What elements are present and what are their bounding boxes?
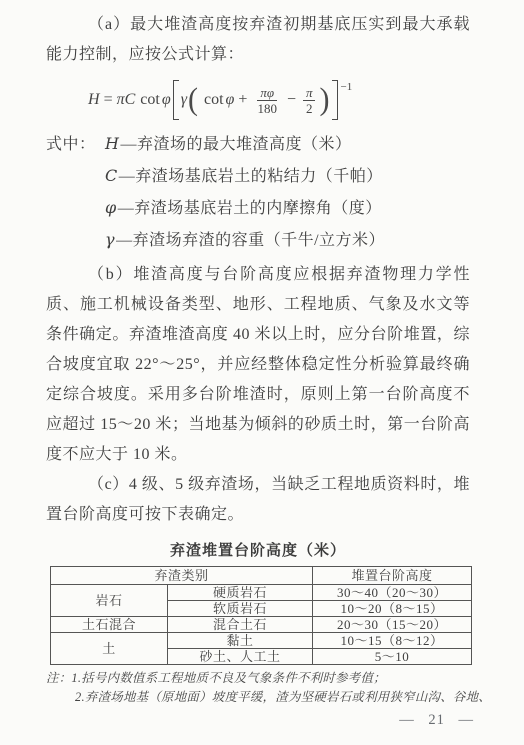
table-row: 土石混合 混合土石 20～30（15～20） (51, 617, 472, 633)
table-row: 土 黏土 10～15（8～12） (51, 633, 472, 649)
variable-line-c: C—弃渣场基底岩土的粘结力（千帕） (105, 160, 470, 192)
fraction-pi-phi-180: πφ 180 (254, 85, 280, 116)
cell-group-rock: 岩石 (51, 585, 168, 617)
var-symbol-h: H (105, 134, 119, 153)
variable-line-phi: φ—弃渣场基底岩土的内摩擦角（度） (105, 192, 470, 224)
variable-definitions: 式中：H—弃渣场的最大堆渣高度（米） C—弃渣场基底岩土的粘结力（千帕） φ—弃… (46, 128, 470, 256)
right-paren: ) (319, 84, 329, 116)
var-desc-gamma: —弃渣场弃渣的容重（千牛/立方米） (116, 232, 385, 249)
cell-height-clay: 10～15（8～12） (313, 633, 472, 649)
variable-line-h: 式中：H—弃渣场的最大堆渣高度（米） (46, 128, 470, 160)
var-symbol-c: C (105, 166, 118, 185)
cell-group-mixed: 土石混合 (51, 617, 168, 633)
formula-cot: cot (140, 91, 160, 109)
cell-height-mixed: 20～30（15～20） (313, 617, 472, 633)
left-paren: ( (188, 84, 198, 116)
formula-lhs: H (88, 91, 100, 109)
cell-height-hard-rock: 30～40（20～30） (313, 585, 472, 601)
cell-sub-sand: 砂土、人工土 (168, 649, 313, 665)
note-label: 注： (46, 671, 71, 685)
var-desc-c: —弃渣场基底岩土的粘结力（千帕） (119, 168, 383, 185)
note-line-2: 2.弃渣场地基（原地面）坡度平缓，渣为坚硬岩石或利用狭窄山沟、谷地、 (75, 688, 470, 707)
var-desc-phi: —弃渣场基底岩土的内摩擦角（度） (118, 200, 382, 217)
formula-exponent: −1 (340, 81, 352, 93)
cell-sub-mixed: 混合土石 (168, 617, 313, 633)
formula-phi-2: φ (226, 91, 235, 109)
document-page: （a）最大堆渣高度按弃渣初期基底压实到最大承载能力控制，应按公式计算： H = … (0, 0, 524, 745)
var-desc-h: —弃渣场的最大堆渣高度（米） (120, 136, 351, 153)
var-symbol-phi: φ (105, 198, 117, 217)
formula-plus: + (238, 91, 247, 109)
cell-height-sand: 5～10 (313, 649, 472, 665)
formula-phi: φ (162, 91, 171, 109)
table-header-row: 弃渣类别 堆置台阶高度 (51, 567, 472, 585)
cell-height-soft-rock: 10～20（8～15） (313, 601, 472, 617)
formula: H = πC cot φ γ ( cot φ + πφ 180 − π 2 ) … (88, 77, 470, 123)
step-height-table: 弃渣类别 堆置台阶高度 岩石 硬质岩石 30～40（20～30） 软质岩石 10… (50, 566, 472, 665)
variable-line-gamma: γ—弃渣场弃渣的容重（千牛/立方米） (105, 224, 470, 256)
header-height: 堆置台阶高度 (313, 567, 472, 585)
note-line-1: 注：1.括号内数值系工程地质不良及气象条件不利时参考值； (46, 669, 470, 688)
cell-group-soil: 土 (51, 633, 168, 665)
formula-coefficient: πC (117, 91, 136, 109)
paragraph-b: （b）堆渣高度与台阶高度应根据弃渣物理力学性质、施工机械设备类型、地形、工程地质… (46, 260, 470, 470)
right-square-bracket (332, 80, 338, 120)
cell-sub-hard-rock: 硬质岩石 (168, 585, 313, 601)
formula-minus: − (287, 91, 296, 109)
page-number: — 21 — (399, 712, 474, 729)
formula-equals: = (104, 91, 113, 109)
fraction-pi-2: π 2 (303, 85, 316, 116)
var-symbol-gamma: γ (105, 230, 115, 249)
table-row: 岩石 硬质岩石 30～40（20～30） (51, 585, 472, 601)
left-square-bracket (173, 80, 179, 120)
note-2-text: 2.弃渣场地基（原地面）坡度平缓，渣为坚硬岩石或利用狭窄山沟、谷地、 (75, 690, 491, 704)
note-1-text: 1.括号内数值系工程地质不良及气象条件不利时参考值； (71, 671, 385, 685)
table-notes: 注：1.括号内数值系工程地质不良及气象条件不利时参考值； 2.弃渣场地基（原地面… (46, 669, 470, 707)
paragraph-c: （c）4 级、5 级弃渣场，当缺乏工程地质资料时，堆置台阶高度可按下表确定。 (46, 470, 470, 530)
where-label: 式中： (46, 129, 105, 160)
formula-gamma: γ (181, 91, 187, 109)
header-category: 弃渣类别 (51, 567, 313, 585)
formula-cot-2: cot (204, 91, 224, 109)
cell-sub-soft-rock: 软质岩石 (168, 601, 313, 617)
paragraph-a: （a）最大堆渣高度按弃渣初期基底压实到最大承载能力控制，应按公式计算： (46, 10, 470, 70)
cell-sub-clay: 黏土 (168, 633, 313, 649)
table-title: 弃渣堆置台阶高度（米） (46, 539, 470, 560)
